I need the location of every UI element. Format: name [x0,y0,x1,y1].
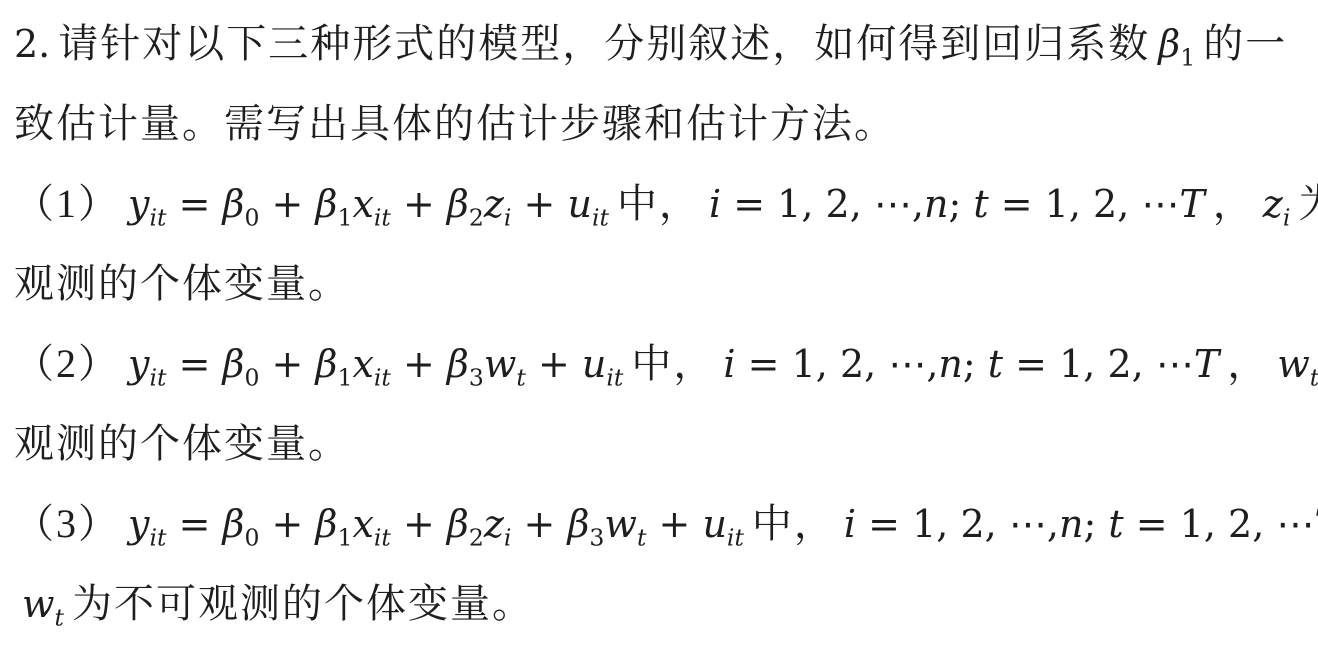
subscript: it [149,524,166,552]
math-expression: zi [1263,182,1291,226]
chinese-text-run: 中， [617,181,701,226]
chinese-text-run: （3） [14,501,120,546]
subscript: t [1310,364,1318,392]
subscript: 3 [589,524,604,552]
subscript: 1 [1180,44,1195,72]
model-2-equation-line: （2）yit = β0 + β1xit + β3wt + uit中，i = 1,… [14,324,1310,404]
subscript: 1 [337,524,352,552]
model-1-continuation-line: 观测的个体变量。 [14,244,1310,324]
subscript: t [516,364,525,392]
model-1-equation-line: （1）yit = β0 + β1xit + β2zi + uit中，i = 1,… [14,164,1310,244]
subscript: 1 [337,364,352,392]
subscript: t [637,524,646,552]
model-2-continuation-line: 观测的个体变量。 [14,404,1310,484]
subscript: 0 [244,524,259,552]
subscript: it [149,364,166,392]
model-3-continuation-line: wt为不可观测的个体变量。 [14,564,1310,644]
question-number: 2. [14,22,50,66]
math-expression: i = 1, 2, ⋯,n; t = 1, 2, ⋯T [723,342,1219,386]
document-page: 2.请针对以下三种形式的模型，分别叙述，如何得到回归系数β1的一致估计量。需写出… [0,0,1318,672]
chinese-text-run: 致估计量。需写出具体的估计步骤和估计方法。 [14,101,896,146]
math-expression: wt [1277,342,1318,386]
subscript: 0 [244,364,259,392]
chinese-text-run: 观测的个体变量。 [14,421,350,466]
question-intro-line-1: 2.请针对以下三种形式的模型，分别叙述，如何得到回归系数β1的一 [14,4,1310,84]
subscript: it [374,364,391,392]
math-expression: yit = β0 + β1xit + β2zi + uit [128,182,609,226]
subscript: it [374,204,391,232]
subscript: it [592,204,609,232]
subscript: 2 [469,204,484,232]
math-expression: β1 [1158,22,1195,66]
subscript: 2 [469,524,484,552]
math-expression: yit = β0 + β1xit + β3wt + uit [128,342,623,386]
chinese-text-run: 为不可 [1298,181,1318,226]
subscript: t [55,604,64,632]
math-expression: i = 1, 2, ⋯,n; t = 1, 2, ⋯T [844,502,1318,546]
math-expression: i = 1, 2, ⋯,n; t = 1, 2, ⋯T [709,182,1205,226]
chinese-text-run: 请针对以下三种形式的模型，分别叙述，如何得到回归系数 [58,21,1150,66]
subscript: it [606,364,623,392]
chinese-text-run: ， [1213,181,1255,226]
chinese-text-run: ， [1227,341,1269,386]
chinese-text-run: 观测的个体变量。 [14,261,350,306]
subscript: it [374,524,391,552]
chinese-text-run: （2） [14,341,120,386]
chinese-text-run: （1） [14,181,120,226]
subscript: it [727,524,744,552]
subscript: 0 [244,204,259,232]
chinese-text-run: 中， [752,501,836,546]
math-expression: wt [22,582,64,626]
subscript: it [149,204,166,232]
subscript: 1 [337,204,352,232]
chinese-text-run: 中， [631,341,715,386]
chinese-text-run: 的一 [1203,21,1287,66]
model-3-equation-line: （3）yit = β0 + β1xit + β2zi + β3wt + uit中… [14,484,1310,564]
chinese-text-run: 为不可观测的个体变量。 [72,581,534,626]
question-intro-line-2: 致估计量。需写出具体的估计步骤和估计方法。 [14,84,1310,164]
math-expression: yit = β0 + β1xit + β2zi + β3wt + uit [128,502,744,546]
document-body: 2.请针对以下三种形式的模型，分别叙述，如何得到回归系数β1的一致估计量。需写出… [14,4,1310,644]
subscript: 3 [469,364,484,392]
subscript: i [1283,204,1291,232]
